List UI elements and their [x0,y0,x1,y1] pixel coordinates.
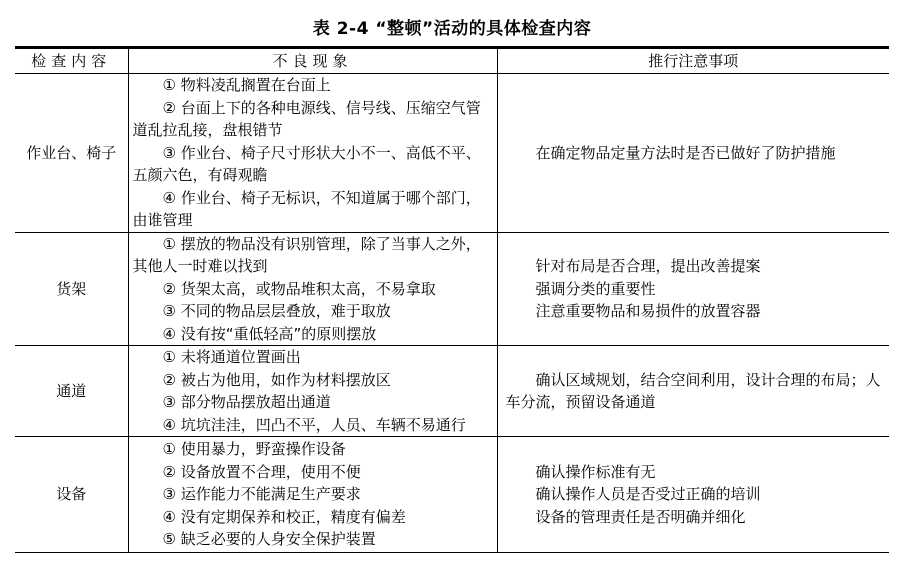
issue-item: ③ 部分物品摆放超出通道 [133,391,493,414]
note-item: 设备的管理责任是否明确并细化 [506,506,886,529]
note-item: 确认区域规划，结合空间利用，设计合理的布局；人车分流，预留设备通道 [506,369,886,414]
issue-item: ④ 没有定期保养和校正，精度有偏差 [133,506,493,529]
note-item: 确认操作人员是否受过正确的培训 [506,483,886,506]
notes-cell: 确认区域规划，结合空间利用，设计合理的布局；人车分流，预留设备通道 [497,346,889,437]
issue-item: ② 台面上下的各种电源线、信号线、压缩空气管道乱拉乱接，盘根错节 [133,97,493,142]
category-cell: 作业台、椅子 [15,74,128,233]
note-item: 强调分类的重要性 [506,278,886,301]
issue-item: ③ 不同的物品层层叠放，难于取放 [133,300,493,323]
table-row-workbench: 作业台、椅子 ① 物料凌乱搁置在台面上 ② 台面上下的各种电源线、信号线、压缩空… [15,74,889,233]
inspection-table: 检查内容 不良现象 推行注意事项 作业台、椅子 ① 物料凌乱搁置在台面上 ② 台… [15,46,889,553]
notes-cell: 在确定物品定量方法时是否已做好了防护措施 [497,74,889,233]
table-row-aisle: 通道 ① 未将通道位置画出 ② 被占为他用，如作为材料摆放区 ③ 部分物品摆放超… [15,346,889,437]
note-item: 在确定物品定量方法时是否已做好了防护措施 [506,142,886,165]
issue-item: ① 使用暴力，野蛮操作设备 [133,438,493,461]
notes-cell: 针对布局是否合理，提出改善提案 强调分类的重要性 注意重要物品和易损件的放置容器 [497,232,889,346]
issue-item: ④ 没有按“重低轻高”的原则摆放 [133,323,493,346]
header-row: 检查内容 不良现象 推行注意事项 [15,48,889,74]
issue-item: ⑤ 缺乏必要的人身安全保护装置 [133,528,493,551]
issue-item: ② 被占为他用，如作为材料摆放区 [133,369,493,392]
issue-item: ③ 作业台、椅子尺寸形状大小不一、高低不平、五颜六色，有碍观瞻 [133,142,493,187]
category-cell: 通道 [15,346,128,437]
table-row-equipment: 设备 ① 使用暴力，野蛮操作设备 ② 设备放置不合理，使用不便 ③ 运作能力不能… [15,437,889,553]
issues-cell: ① 未将通道位置画出 ② 被占为他用，如作为材料摆放区 ③ 部分物品摆放超出通道… [128,346,497,437]
issue-item: ③ 运作能力不能满足生产要求 [133,483,493,506]
header-inspection-item: 检查内容 [15,48,128,74]
issue-item: ④ 作业台、椅子无标识，不知道属于哪个部门，由谁管理 [133,187,493,232]
header-bad-phenomena: 不良现象 [128,48,497,74]
issues-cell: ① 物料凌乱搁置在台面上 ② 台面上下的各种电源线、信号线、压缩空气管道乱拉乱接… [128,74,497,233]
table-caption: 表 2-4 “整顿”活动的具体检查内容 [0,14,904,39]
issue-item: ① 未将通道位置画出 [133,346,493,369]
issue-item: ① 物料凌乱搁置在台面上 [133,74,493,97]
issue-item: ② 设备放置不合理，使用不便 [133,461,493,484]
issues-cell: ① 摆放的物品没有识别管理，除了当事人之外，其他人一时难以找到 ② 货架太高，或… [128,232,497,346]
issue-item: ① 摆放的物品没有识别管理，除了当事人之外，其他人一时难以找到 [133,233,493,278]
issue-item: ④ 坑坑洼洼，凹凸不平，人员、车辆不易通行 [133,414,493,437]
issue-item: ② 货架太高，或物品堆积太高，不易拿取 [133,278,493,301]
category-cell: 货架 [15,232,128,346]
header-implementation-notes: 推行注意事项 [497,48,889,74]
issues-cell: ① 使用暴力，野蛮操作设备 ② 设备放置不合理，使用不便 ③ 运作能力不能满足生… [128,437,497,553]
note-item: 确认操作标准有无 [506,461,886,484]
note-item: 注意重要物品和易损件的放置容器 [506,300,886,323]
category-cell: 设备 [15,437,128,553]
table-row-shelf: 货架 ① 摆放的物品没有识别管理，除了当事人之外，其他人一时难以找到 ② 货架太… [15,232,889,346]
notes-cell: 确认操作标准有无 确认操作人员是否受过正确的培训 设备的管理责任是否明确并细化 [497,437,889,553]
note-item: 针对布局是否合理，提出改善提案 [506,255,886,278]
